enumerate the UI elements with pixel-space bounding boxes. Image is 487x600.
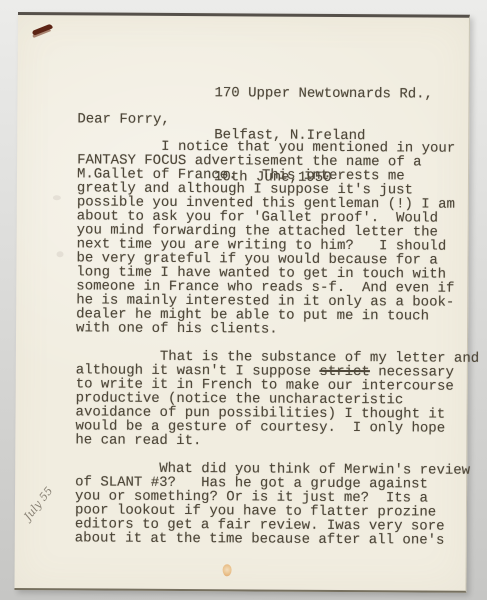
address-line: 170 Upper Newtownards Rd., [214,86,433,101]
typed-line: about it at the time because after all o… [75,531,470,547]
paper-hole-dot [223,564,232,576]
smudge-mark [53,195,61,200]
salutation: Dear Forry, [77,112,170,127]
paragraph-french-letter: That is the substance of my letter andal… [75,349,479,449]
smudge-mark [57,251,64,257]
paragraph-merwin-review: What did you think of Merwin's reviewof … [75,461,470,547]
handwritten-date-note: July 55 [21,484,55,522]
paragraph-gallet-intro: I notice that you mentioned in yourFANTA… [76,139,455,337]
rust-stain-mark [32,23,53,35]
scanned-letter: 170 Upper Newtownards Rd., Belfast, N.Ir… [0,0,487,600]
letter-page: 170 Upper Newtownards Rd., Belfast, N.Ir… [14,12,470,593]
